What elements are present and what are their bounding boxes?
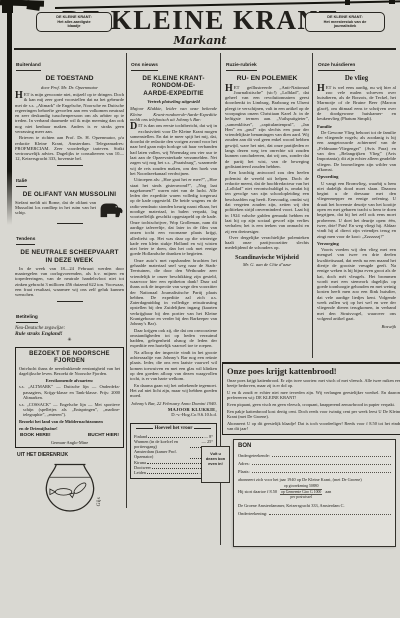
subhead-familie: Familie: [317, 124, 396, 129]
ad-cta-right: BUCHT HIER!: [88, 433, 119, 439]
article-paragraph: In de week van 18—24 Februari werden doo…: [15, 266, 124, 298]
article-paragraph: HET is wel eens aardig, nu wij hier al z…: [317, 85, 396, 122]
article-title-olifant: DE OLIFANT VAN MUSSOLINI: [15, 191, 124, 198]
asterisk-ornament-icon: ✳: [15, 338, 124, 344]
paragraph-text: ET is wel eens aardig, nu wij hier al zo…: [317, 85, 396, 122]
kattenbrood-feature: Onze poes krijgt kattenbrood! Onze poes …: [222, 362, 400, 435]
write-in-line: [252, 469, 391, 473]
article-paragraph: U vangt een Bromvlieg, waarbij u hem nie…: [317, 181, 396, 239]
section-rule: [57, 301, 83, 302]
kicker-ons-nieuws: Ons nieuws: [131, 63, 158, 71]
article-paragraph: HET geïllustreerde „Anti-Nationaal Journ…: [225, 85, 309, 170]
article-paragraph: Brieven te richten aan Prof. Dr. H. Opze…: [15, 135, 124, 161]
dot-leader: [148, 434, 203, 438]
expeditie-title-line2: AARDE-EXPEDITIE: [130, 90, 217, 97]
article-paragraph: Voorts voeden wij den vlieg met een meng…: [317, 247, 396, 321]
newspaper-page: DE KLEINE KRANT Markant DE KLEINE KRANT:…: [0, 0, 400, 618]
column-ruzie-rubriek: Ruzie-rubriek RU- EN POLEMIEK HET geïllu…: [225, 53, 309, 360]
article-paragraph: Uitroepen als: „Hoe gaat het er mee?”, „…: [130, 177, 217, 256]
dot-leader: [190, 439, 200, 448]
article-paragraph: Daar krijgen ook zij, die dat om onvoorz…: [130, 328, 217, 349]
coupon-field-city: Plaats:: [238, 469, 391, 474]
cartoonist-signature: Gijs: [96, 497, 102, 506]
frost-table-title: Hoeveel het vroor: [134, 426, 213, 432]
ad-title: BEZOEKT DE NOORSCHE FJORDEN: [19, 351, 120, 364]
cartoon-title: UIT HET DIERENRIJK: [17, 452, 124, 458]
drop-cap: H: [317, 85, 326, 93]
section-rule: [57, 223, 83, 224]
article-paragraph: HET is mijn gewoonte niet, mijzelf op te…: [15, 92, 124, 134]
write-in-line: [252, 461, 391, 465]
polemiek-title: RU- EN POLEMIEK: [225, 75, 309, 83]
kattenbrood-paragraph: Even piquant, geen visch en geen vleesch…: [227, 402, 400, 407]
masthead-subtitle: Markant: [0, 35, 400, 47]
kicker-tendens: Tendens: [16, 237, 35, 245]
drop-cap: H: [15, 92, 24, 100]
kicker-italie: Italië: [16, 179, 27, 187]
article-paragraph: Onze auto’s met rupsbanden brachten het …: [130, 258, 217, 327]
expeditie-subtitle: Vertrek plotseling uitgesteld: [130, 99, 217, 104]
slogan-left-line3: blaadje: [40, 24, 108, 29]
coupon-title: BON: [238, 443, 391, 450]
kattenbrood-paragraph: Abonneert U op dit geestelijk blaadje! D…: [227, 421, 400, 431]
coupon-field-name: Ondergeteekende:: [238, 453, 391, 458]
article-paragraph: Stefani meldt uit Rome, dat de olifant v…: [15, 200, 96, 219]
elephant-icon: [98, 200, 124, 220]
article-paragraph: DIT is dan ons eerste tochtbericht, dat …: [130, 123, 217, 176]
kattenbrood-paragraph: Onze poes krijgt kattenbrood. Er zijn tw…: [227, 378, 400, 388]
ad-intro: Ontvlucht thans de neerdrukkende eentoni…: [19, 366, 120, 376]
vlieg-signature: Boswijk: [317, 324, 396, 329]
field-label: Ondergeteekende:: [238, 453, 270, 458]
field-label: Onderteekening:: [238, 511, 267, 516]
article-title-toestand: DE TOESTAND: [15, 75, 124, 83]
article-paragraph: En daarna gaan wij het onbekende tegemoe…: [130, 383, 217, 399]
drop-cap: D: [130, 123, 138, 131]
row-label: Leiden: [134, 470, 146, 475]
kattenbrood-paragraph: Een pakje kattenbrood kost dertig cent. …: [227, 409, 400, 419]
column-buitenland: Buitenland DE TOESTAND door Prof. Mr. Dr…: [15, 53, 124, 513]
kattenbrood-paragraph: U en ik zoudt er echter niet mee tevrede…: [227, 390, 400, 400]
paragraph-text: IT is dan ons eerste tochtbericht, dat w…: [130, 123, 217, 176]
masthead-slogan-right: DE KLEINE KRANT: Het meesterstuk van de …: [305, 12, 385, 32]
ad-sailing-item: s.s. „COSSACK” — Engelsche lijn — Met sp…: [19, 402, 120, 417]
dot-leader: [147, 460, 201, 464]
fjorden-advertisement: BEZOEKT DE NOORSCHE FJORDEN Ontvlucht th…: [15, 347, 124, 448]
fishbowl-cartoon: Gijs: [15, 459, 124, 513]
subscription-coupon: BON Ondergeteekende: Adres: Plaats: abon…: [233, 439, 396, 547]
coupon-field-signature: Onderteekening:: [238, 511, 391, 516]
write-in-line: [269, 511, 391, 515]
coupon-payment-row: Hij stort daartoe f 8.50 op girorekening…: [238, 484, 391, 500]
ad-slogan-line1: Bezoekt het land van de Middernachtzonne…: [19, 419, 120, 424]
column-onze-huisdieren: Onze huisdieren De vlieg HET is wel eens…: [317, 53, 396, 360]
masthead-slogan-left: DE KLEINE KRANT: Het aller-aardigste bla…: [36, 12, 112, 32]
article-paragraph: De Gewone Vlieg behoort tot de familie d…: [317, 130, 396, 172]
wijsheid-attribution: Mr. G. aan de Côte d’azur: [225, 262, 309, 267]
payment-suffix: aan: [325, 489, 331, 494]
kicker-ruzie-rubriek: Ruzie-rubriek: [226, 63, 257, 71]
article-paragraph: Na afloop der inspectie vindt in het gro…: [130, 350, 217, 382]
expeditie-title-line1: DE KLEINE KRANT-RONDOM-DE-: [130, 75, 217, 89]
ad-cta-left: BOOK HERE!: [20, 433, 51, 439]
coupon-field-address: Adres:: [238, 461, 391, 466]
drop-cap: H: [225, 85, 234, 93]
ad-slogan-line2: en de Driemijlszône!: [19, 426, 120, 431]
dot-leader: [152, 465, 205, 469]
article-title-scheepvaart-line2: IN DEZE WEEK: [15, 257, 124, 264]
kicker-onze-huisdieren: Onze huisdieren: [318, 63, 355, 71]
coupon-publisher-line: De Groene Amsterdammer, Keizersgracht 33…: [238, 503, 391, 508]
paragraph-text: ET is mijn gewoonte niet, mijzelf op te …: [15, 92, 124, 134]
column-ons-nieuws: Ons nieuws DE KLEINE KRANT-RONDOM-DE- AA…: [130, 53, 217, 513]
note-line: even in!: [202, 461, 229, 466]
field-label: Adres:: [238, 461, 250, 466]
signature-rank: D.-v.-Hog.Co.9.6.10.b.d.: [130, 412, 217, 417]
expeditie-lede: Majoor Klukkie, leider van onze bekende …: [130, 106, 217, 122]
ad-agency: German-Anglo-Mine: [19, 440, 120, 445]
article-byline: door Prof. Mr. Dr. Opzenmator: [15, 85, 124, 90]
payment-prefix: Hij stort daartoe f 8.50: [238, 489, 277, 494]
saying-line2: Rule straks England!: [15, 332, 124, 337]
field-label: Plaats:: [238, 469, 250, 474]
column-rule: [126, 53, 127, 508]
subhead-opvoeding: Opvoeding: [317, 174, 396, 179]
dot-leader: [147, 470, 199, 474]
article-paragraph: Een krachtig antwoord zou den heelen pol…: [225, 170, 309, 234]
column-rule: [312, 53, 313, 358]
coupon-subscribe-line: abonneert zich voor het jaar 1940 op De …: [238, 477, 391, 482]
section-rule: [57, 165, 83, 166]
kattenbrood-title: Onze poes krijgt kattenbrood!: [227, 367, 400, 376]
row-label: Warmen (in de koelcel en portiersgang): [134, 439, 189, 449]
slogan-right-line3: journalistiek: [309, 24, 381, 29]
wijsheid-heading: Scandinavische Wijsheid: [225, 255, 309, 262]
ad-sailing-item: s.s. „ALTMARK” — Duitsche lijn — Onderde…: [19, 384, 120, 399]
ad-subhead: Eerstkomende afvaarten:: [19, 378, 120, 383]
kicker-buitenland: Buitenland: [16, 63, 41, 71]
kicker-betiteling: Betiteling: [16, 315, 38, 323]
masthead-rule: [14, 48, 396, 50]
fill-in-note: Vult u dezen bon even in!: [201, 446, 230, 483]
payment-option: per postwissel: [280, 495, 322, 500]
article-title-scheepvaart-line1: DE NEUTRALE SCHEEPVAART: [15, 249, 124, 256]
paragraph-text: ET geïllustreerde „Anti-Nationaal Journa…: [225, 85, 309, 169]
article-paragraph: Over dergelijke verachtelijke polemieken…: [225, 235, 309, 251]
subhead-verzorging: Verzorging: [317, 241, 396, 246]
vlieg-title: De vlieg: [317, 75, 396, 83]
payment-options: op girorekening 50880 op Gemeente Giro G…: [280, 484, 322, 500]
scan-artifact: [389, 0, 395, 4]
write-in-line: [272, 453, 391, 457]
row-label: Amsterdam (kamer Prof. Opzenator): [134, 449, 189, 459]
